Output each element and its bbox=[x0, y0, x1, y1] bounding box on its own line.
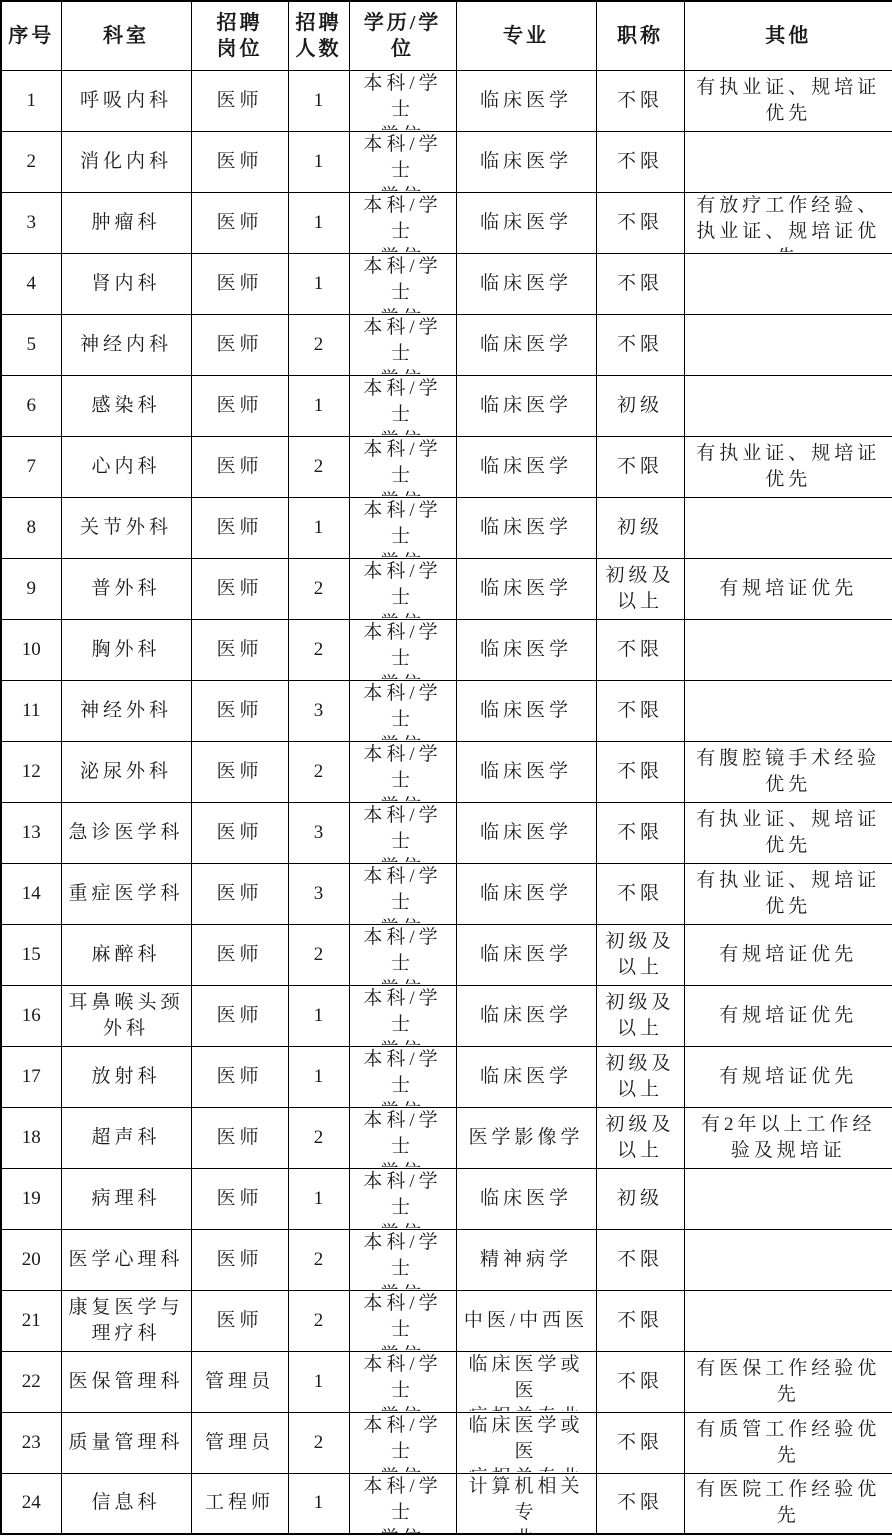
cell-title-text: 初级及 以上 bbox=[597, 559, 684, 618]
cell-department-text: 心内科 bbox=[62, 437, 191, 496]
cell-no-text: 2 bbox=[2, 132, 61, 191]
cell-position-text: 医师 bbox=[192, 1291, 288, 1350]
column-header-title: 职称 bbox=[596, 1, 684, 70]
cell-count-text: 1 bbox=[289, 71, 349, 130]
cell-major-text: 临床医学 bbox=[457, 1047, 596, 1106]
cell-no-text: 12 bbox=[2, 742, 61, 801]
cell-education: 本科/学士 学位 bbox=[349, 70, 456, 131]
cell-no: 1 bbox=[1, 70, 61, 131]
cell-major-text: 临床医学 bbox=[457, 803, 596, 862]
cell-other-text: 有放疗工作经验、 执业证、规培证优 先 bbox=[685, 193, 892, 252]
cell-title: 初级 bbox=[596, 1168, 684, 1229]
cell-position-text: 医师 bbox=[192, 1047, 288, 1106]
cell-other: 有规培证优先 bbox=[684, 985, 892, 1046]
column-header-education: 学历/学位 bbox=[349, 1, 456, 70]
cell-count-text: 2 bbox=[289, 925, 349, 984]
cell-position: 医师 bbox=[191, 680, 288, 741]
cell-education: 本科/学士 学位 bbox=[349, 558, 456, 619]
cell-major: 临床医学 bbox=[456, 1168, 596, 1229]
cell-other: 有医保工作经验优 先 bbox=[684, 1351, 892, 1412]
column-header-label: 科室 bbox=[62, 2, 191, 69]
table-row: 18超声科医师2本科/学士 学位医学影像学初级及 以上有2年以上工作经 验及规培… bbox=[1, 1107, 892, 1168]
cell-title: 不限 bbox=[596, 1229, 684, 1290]
cell-education: 本科/学士 学位 bbox=[349, 1107, 456, 1168]
cell-education: 本科/学士 学位 bbox=[349, 741, 456, 802]
cell-other bbox=[684, 253, 892, 314]
table-row: 6感染科医师1本科/学士 学位临床医学初级 bbox=[1, 375, 892, 436]
table-body: 1呼吸内科医师1本科/学士 学位临床医学不限有执业证、规培证 优先2消化内科医师… bbox=[1, 70, 892, 1534]
cell-department-text: 泌尿外科 bbox=[62, 742, 191, 801]
cell-department: 消化内科 bbox=[61, 131, 191, 192]
cell-other bbox=[684, 314, 892, 375]
cell-education-text: 本科/学士 学位 bbox=[350, 1169, 456, 1228]
cell-other bbox=[684, 497, 892, 558]
cell-title-text: 不限 bbox=[597, 437, 684, 496]
table-row: 14重症医学科医师3本科/学士 学位临床医学不限有执业证、规培证 优先 bbox=[1, 863, 892, 924]
cell-department-text: 质量管理科 bbox=[62, 1413, 191, 1472]
cell-other: 有医院工作经验优 先 bbox=[684, 1473, 892, 1534]
cell-title: 不限 bbox=[596, 1412, 684, 1473]
cell-education-text: 本科/学士 学位 bbox=[350, 559, 456, 618]
cell-count-text: 1 bbox=[289, 986, 349, 1045]
cell-department-text: 关节外科 bbox=[62, 498, 191, 557]
cell-title: 不限 bbox=[596, 741, 684, 802]
cell-position: 医师 bbox=[191, 1290, 288, 1351]
cell-education-text: 本科/学士 学位 bbox=[350, 376, 456, 435]
cell-education-text: 本科/学士 学位 bbox=[350, 1413, 456, 1472]
cell-title: 不限 bbox=[596, 253, 684, 314]
cell-position: 医师 bbox=[191, 1229, 288, 1290]
table-row: 23质量管理科管理员2本科/学士 学位临床医学或医 疗相关专业不限有质管工作经验… bbox=[1, 1412, 892, 1473]
cell-department: 康复医学与 理疗科 bbox=[61, 1290, 191, 1351]
cell-department-text: 超声科 bbox=[62, 1108, 191, 1167]
cell-no: 16 bbox=[1, 985, 61, 1046]
cell-count-text: 1 bbox=[289, 193, 349, 252]
cell-major-text: 临床医学 bbox=[457, 1169, 596, 1228]
cell-count-text: 1 bbox=[289, 132, 349, 191]
cell-other: 有执业证、规培证 优先 bbox=[684, 70, 892, 131]
cell-other-text bbox=[685, 132, 892, 191]
cell-education: 本科/学士 学位 bbox=[349, 131, 456, 192]
cell-education: 本科/学士 学位 bbox=[349, 802, 456, 863]
cell-position: 医师 bbox=[191, 863, 288, 924]
cell-no-text: 14 bbox=[2, 864, 61, 923]
cell-title-text: 不限 bbox=[597, 803, 684, 862]
cell-position: 医师 bbox=[191, 314, 288, 375]
cell-count: 3 bbox=[288, 802, 349, 863]
cell-major-text: 临床医学 bbox=[457, 71, 596, 130]
cell-no-text: 20 bbox=[2, 1230, 61, 1289]
cell-no-text: 22 bbox=[2, 1352, 61, 1411]
cell-other-text bbox=[685, 376, 892, 435]
cell-title: 不限 bbox=[596, 314, 684, 375]
table-row: 11神经外科医师3本科/学士 学位临床医学不限 bbox=[1, 680, 892, 741]
cell-education-text: 本科/学士 学位 bbox=[350, 620, 456, 679]
cell-count: 1 bbox=[288, 1351, 349, 1412]
cell-count: 1 bbox=[288, 1473, 349, 1534]
cell-department: 普外科 bbox=[61, 558, 191, 619]
cell-department-text: 神经外科 bbox=[62, 681, 191, 740]
cell-position-text: 医师 bbox=[192, 437, 288, 496]
cell-education: 本科/学士 学位 bbox=[349, 1046, 456, 1107]
cell-count: 2 bbox=[288, 1229, 349, 1290]
cell-count-text: 1 bbox=[289, 376, 349, 435]
cell-education-text: 本科/学士 学位 bbox=[350, 681, 456, 740]
table-row: 2消化内科医师1本科/学士 学位临床医学不限 bbox=[1, 131, 892, 192]
cell-count-text: 1 bbox=[289, 1474, 349, 1533]
cell-title: 不限 bbox=[596, 1290, 684, 1351]
cell-count: 2 bbox=[288, 1290, 349, 1351]
cell-major: 临床医学 bbox=[456, 558, 596, 619]
table-row: 3肿瘤科医师1本科/学士 学位临床医学不限有放疗工作经验、 执业证、规培证优 先 bbox=[1, 192, 892, 253]
column-header-label: 其他 bbox=[685, 2, 892, 69]
cell-no: 13 bbox=[1, 802, 61, 863]
column-header-other: 其他 bbox=[684, 1, 892, 70]
cell-count-text: 2 bbox=[289, 1291, 349, 1350]
column-header-no: 序号 bbox=[1, 1, 61, 70]
cell-department: 急诊医学科 bbox=[61, 802, 191, 863]
cell-no: 8 bbox=[1, 497, 61, 558]
cell-other: 有放疗工作经验、 执业证、规培证优 先 bbox=[684, 192, 892, 253]
cell-department-text: 重症医学科 bbox=[62, 864, 191, 923]
cell-no-text: 17 bbox=[2, 1047, 61, 1106]
column-header-label: 学历/学位 bbox=[350, 2, 456, 69]
cell-title: 不限 bbox=[596, 131, 684, 192]
cell-title: 初级 bbox=[596, 375, 684, 436]
cell-major: 临床医学 bbox=[456, 985, 596, 1046]
cell-position-text: 医师 bbox=[192, 803, 288, 862]
column-header-major: 专业 bbox=[456, 1, 596, 70]
cell-title: 不限 bbox=[596, 70, 684, 131]
cell-education: 本科/学士 学位 bbox=[349, 192, 456, 253]
cell-count-text: 2 bbox=[289, 1413, 349, 1472]
cell-education-text: 本科/学士 学位 bbox=[350, 925, 456, 984]
cell-major: 临床医学 bbox=[456, 924, 596, 985]
cell-department: 重症医学科 bbox=[61, 863, 191, 924]
cell-major: 临床医学 bbox=[456, 436, 596, 497]
cell-no-text: 16 bbox=[2, 986, 61, 1045]
cell-position: 医师 bbox=[191, 1168, 288, 1229]
cell-no: 19 bbox=[1, 1168, 61, 1229]
table-row: 1呼吸内科医师1本科/学士 学位临床医学不限有执业证、规培证 优先 bbox=[1, 70, 892, 131]
cell-position: 医师 bbox=[191, 497, 288, 558]
cell-major: 临床医学 bbox=[456, 70, 596, 131]
cell-major: 临床医学 bbox=[456, 192, 596, 253]
cell-major-text: 中医/中西医 bbox=[457, 1291, 596, 1350]
cell-position-text: 医师 bbox=[192, 71, 288, 130]
cell-title-text: 不限 bbox=[597, 864, 684, 923]
cell-major: 中医/中西医 bbox=[456, 1290, 596, 1351]
table-row: 12泌尿外科医师2本科/学士 学位临床医学不限有腹腔镜手术经验 优先 bbox=[1, 741, 892, 802]
cell-title-text: 初级 bbox=[597, 376, 684, 435]
cell-other: 有规培证优先 bbox=[684, 924, 892, 985]
column-header-label: 序号 bbox=[2, 2, 61, 69]
cell-count-text: 2 bbox=[289, 437, 349, 496]
table-row: 16耳鼻喉头颈 外科医师1本科/学士 学位临床医学初级及 以上有规培证优先 bbox=[1, 985, 892, 1046]
cell-other-text bbox=[685, 498, 892, 557]
table-row: 10胸外科医师2本科/学士 学位临床医学不限 bbox=[1, 619, 892, 680]
cell-count-text: 2 bbox=[289, 1230, 349, 1289]
cell-other-text bbox=[685, 1230, 892, 1289]
cell-position: 医师 bbox=[191, 985, 288, 1046]
cell-major: 临床医学 bbox=[456, 1046, 596, 1107]
table-row: 5神经内科医师2本科/学士 学位临床医学不限 bbox=[1, 314, 892, 375]
cell-department-text: 放射科 bbox=[62, 1047, 191, 1106]
cell-title-text: 不限 bbox=[597, 315, 684, 374]
cell-position-text: 医师 bbox=[192, 498, 288, 557]
column-header-count: 招聘 人数 bbox=[288, 1, 349, 70]
cell-position: 医师 bbox=[191, 131, 288, 192]
cell-major-text: 医学影像学 bbox=[457, 1108, 596, 1167]
cell-title-text: 不限 bbox=[597, 132, 684, 191]
cell-department: 肾内科 bbox=[61, 253, 191, 314]
cell-education: 本科/学士 学位 bbox=[349, 985, 456, 1046]
cell-education: 本科/学士 学位 bbox=[349, 436, 456, 497]
cell-no: 15 bbox=[1, 924, 61, 985]
cell-department: 胸外科 bbox=[61, 619, 191, 680]
cell-title-text: 不限 bbox=[597, 1291, 684, 1350]
cell-no: 10 bbox=[1, 619, 61, 680]
cell-title-text: 初级 bbox=[597, 498, 684, 557]
cell-other-text: 有执业证、规培证 优先 bbox=[685, 803, 892, 862]
column-header-label: 职称 bbox=[597, 2, 684, 69]
cell-department-text: 医保管理科 bbox=[62, 1352, 191, 1411]
cell-title: 初级及 以上 bbox=[596, 924, 684, 985]
cell-education: 本科/学士 学位 bbox=[349, 253, 456, 314]
cell-education: 本科/学士 学位 bbox=[349, 680, 456, 741]
cell-position-text: 医师 bbox=[192, 681, 288, 740]
cell-other-text: 有规培证优先 bbox=[685, 1047, 892, 1106]
cell-department: 关节外科 bbox=[61, 497, 191, 558]
cell-department-text: 消化内科 bbox=[62, 132, 191, 191]
cell-major: 临床医学或医 疗相关专业 bbox=[456, 1412, 596, 1473]
cell-other-text: 有规培证优先 bbox=[685, 986, 892, 1045]
cell-department-text: 普外科 bbox=[62, 559, 191, 618]
cell-major-text: 临床医学 bbox=[457, 437, 596, 496]
column-header-label: 招聘 人数 bbox=[289, 2, 349, 69]
cell-other-text: 有执业证、规培证 优先 bbox=[685, 71, 892, 130]
cell-count: 2 bbox=[288, 558, 349, 619]
cell-major-text: 临床医学 bbox=[457, 498, 596, 557]
cell-no-text: 19 bbox=[2, 1169, 61, 1228]
cell-count: 1 bbox=[288, 985, 349, 1046]
cell-title: 初级 bbox=[596, 497, 684, 558]
cell-education: 本科/学士 学位 bbox=[349, 924, 456, 985]
cell-position: 医师 bbox=[191, 802, 288, 863]
cell-department-text: 信息科 bbox=[62, 1474, 191, 1533]
cell-department: 病理科 bbox=[61, 1168, 191, 1229]
cell-education-text: 本科/学士 学位 bbox=[350, 1474, 456, 1533]
cell-education: 本科/学士 学位 bbox=[349, 1473, 456, 1534]
cell-count: 1 bbox=[288, 70, 349, 131]
cell-department: 信息科 bbox=[61, 1473, 191, 1534]
table-row: 17放射科医师1本科/学士 学位临床医学初级及 以上有规培证优先 bbox=[1, 1046, 892, 1107]
cell-count-text: 3 bbox=[289, 803, 349, 862]
cell-department-text: 麻醉科 bbox=[62, 925, 191, 984]
cell-count: 2 bbox=[288, 1107, 349, 1168]
cell-position: 医师 bbox=[191, 192, 288, 253]
cell-position: 医师 bbox=[191, 253, 288, 314]
cell-other bbox=[684, 1229, 892, 1290]
table-header: 序号科室招聘 岗位招聘 人数学历/学位专业职称其他 bbox=[1, 1, 892, 70]
cell-major: 临床医学 bbox=[456, 314, 596, 375]
cell-title-text: 不限 bbox=[597, 1413, 684, 1472]
cell-count: 3 bbox=[288, 863, 349, 924]
cell-major: 精神病学 bbox=[456, 1229, 596, 1290]
cell-no: 6 bbox=[1, 375, 61, 436]
cell-major: 临床医学 bbox=[456, 802, 596, 863]
cell-no-text: 21 bbox=[2, 1291, 61, 1350]
cell-title-text: 不限 bbox=[597, 71, 684, 130]
cell-position: 医师 bbox=[191, 1107, 288, 1168]
cell-count: 1 bbox=[288, 131, 349, 192]
cell-major-text: 临床医学 bbox=[457, 986, 596, 1045]
cell-education: 本科/学士 学位 bbox=[349, 863, 456, 924]
cell-other-text: 有执业证、规培证 优先 bbox=[685, 864, 892, 923]
cell-title: 不限 bbox=[596, 680, 684, 741]
cell-no: 11 bbox=[1, 680, 61, 741]
cell-major: 医学影像学 bbox=[456, 1107, 596, 1168]
cell-no-text: 7 bbox=[2, 437, 61, 496]
column-header-position: 招聘 岗位 bbox=[191, 1, 288, 70]
cell-education-text: 本科/学士 学位 bbox=[350, 498, 456, 557]
cell-other bbox=[684, 375, 892, 436]
column-header-label: 招聘 岗位 bbox=[192, 2, 288, 69]
cell-title-text: 初级及 以上 bbox=[597, 1047, 684, 1106]
cell-department-text: 康复医学与 理疗科 bbox=[62, 1291, 191, 1350]
cell-other-text: 有医院工作经验优 先 bbox=[685, 1474, 892, 1533]
table-row: 9普外科医师2本科/学士 学位临床医学初级及 以上有规培证优先 bbox=[1, 558, 892, 619]
cell-department-text: 医学心理科 bbox=[62, 1230, 191, 1289]
cell-department: 泌尿外科 bbox=[61, 741, 191, 802]
cell-major-text: 临床医学 bbox=[457, 376, 596, 435]
cell-position-text: 医师 bbox=[192, 193, 288, 252]
cell-major-text: 临床医学 bbox=[457, 559, 596, 618]
cell-title: 不限 bbox=[596, 1351, 684, 1412]
cell-department-text: 呼吸内科 bbox=[62, 71, 191, 130]
cell-position-text: 医师 bbox=[192, 864, 288, 923]
cell-position: 医师 bbox=[191, 924, 288, 985]
cell-major: 临床医学 bbox=[456, 253, 596, 314]
cell-position: 医师 bbox=[191, 1046, 288, 1107]
cell-education: 本科/学士 学位 bbox=[349, 1168, 456, 1229]
cell-title-text: 不限 bbox=[597, 681, 684, 740]
cell-education-text: 本科/学士 学位 bbox=[350, 193, 456, 252]
cell-other: 有腹腔镜手术经验 优先 bbox=[684, 741, 892, 802]
cell-other: 有执业证、规培证 优先 bbox=[684, 802, 892, 863]
cell-other-text: 有2年以上工作经 验及规培证 bbox=[685, 1108, 892, 1167]
table-row: 15麻醉科医师2本科/学士 学位临床医学初级及 以上有规培证优先 bbox=[1, 924, 892, 985]
cell-title-text: 不限 bbox=[597, 254, 684, 313]
recruitment-table: 序号科室招聘 岗位招聘 人数学历/学位专业职称其他 1呼吸内科医师1本科/学士 … bbox=[0, 0, 892, 1535]
cell-other: 有2年以上工作经 验及规培证 bbox=[684, 1107, 892, 1168]
cell-title: 不限 bbox=[596, 436, 684, 497]
cell-department: 放射科 bbox=[61, 1046, 191, 1107]
cell-count-text: 1 bbox=[289, 1047, 349, 1106]
column-header-department: 科室 bbox=[61, 1, 191, 70]
cell-no: 9 bbox=[1, 558, 61, 619]
cell-no: 24 bbox=[1, 1473, 61, 1534]
cell-no-text: 8 bbox=[2, 498, 61, 557]
cell-no: 21 bbox=[1, 1290, 61, 1351]
cell-count: 1 bbox=[288, 497, 349, 558]
cell-no: 5 bbox=[1, 314, 61, 375]
cell-count: 1 bbox=[288, 253, 349, 314]
cell-major: 临床医学 bbox=[456, 497, 596, 558]
cell-position: 医师 bbox=[191, 741, 288, 802]
cell-count: 1 bbox=[288, 192, 349, 253]
cell-major-text: 临床医学 bbox=[457, 620, 596, 679]
cell-position-text: 医师 bbox=[192, 620, 288, 679]
cell-count: 2 bbox=[288, 741, 349, 802]
cell-other-text: 有质管工作经验优 先 bbox=[685, 1413, 892, 1472]
cell-major: 计算机相关专 业 bbox=[456, 1473, 596, 1534]
cell-other bbox=[684, 1290, 892, 1351]
cell-department-text: 神经内科 bbox=[62, 315, 191, 374]
cell-count: 2 bbox=[288, 924, 349, 985]
cell-education: 本科/学士 学位 bbox=[349, 1351, 456, 1412]
table-row: 21康复医学与 理疗科医师2本科/学士 学位中医/中西医不限 bbox=[1, 1290, 892, 1351]
cell-education: 本科/学士 学位 bbox=[349, 314, 456, 375]
cell-count-text: 2 bbox=[289, 315, 349, 374]
cell-title: 初级及 以上 bbox=[596, 985, 684, 1046]
cell-no: 7 bbox=[1, 436, 61, 497]
cell-title-text: 初级及 以上 bbox=[597, 986, 684, 1045]
cell-other: 有执业证、规培证 优先 bbox=[684, 863, 892, 924]
cell-no-text: 11 bbox=[2, 681, 61, 740]
cell-no-text: 24 bbox=[2, 1474, 61, 1533]
cell-title-text: 不限 bbox=[597, 193, 684, 252]
cell-other-text bbox=[685, 620, 892, 679]
cell-department-text: 肾内科 bbox=[62, 254, 191, 313]
cell-department: 感染科 bbox=[61, 375, 191, 436]
cell-position-text: 医师 bbox=[192, 1108, 288, 1167]
cell-other: 有执业证、规培证 优先 bbox=[684, 436, 892, 497]
cell-education-text: 本科/学士 学位 bbox=[350, 437, 456, 496]
cell-count-text: 1 bbox=[289, 1352, 349, 1411]
cell-no-text: 5 bbox=[2, 315, 61, 374]
cell-no-text: 3 bbox=[2, 193, 61, 252]
cell-education-text: 本科/学士 学位 bbox=[350, 254, 456, 313]
cell-education-text: 本科/学士 学位 bbox=[350, 1230, 456, 1289]
cell-no: 22 bbox=[1, 1351, 61, 1412]
cell-position-text: 工程师 bbox=[192, 1474, 288, 1533]
cell-department-text: 感染科 bbox=[62, 376, 191, 435]
cell-major: 临床医学 bbox=[456, 680, 596, 741]
cell-education: 本科/学士 学位 bbox=[349, 497, 456, 558]
cell-major: 临床医学 bbox=[456, 741, 596, 802]
cell-count: 3 bbox=[288, 680, 349, 741]
cell-other-text: 有执业证、规培证 优先 bbox=[685, 437, 892, 496]
cell-title: 不限 bbox=[596, 863, 684, 924]
cell-count-text: 2 bbox=[289, 559, 349, 618]
cell-department: 神经外科 bbox=[61, 680, 191, 741]
cell-title-text: 初级及 以上 bbox=[597, 1108, 684, 1167]
cell-other-text: 有规培证优先 bbox=[685, 925, 892, 984]
cell-no-text: 18 bbox=[2, 1108, 61, 1167]
cell-title: 不限 bbox=[596, 192, 684, 253]
cell-education-text: 本科/学士 学位 bbox=[350, 315, 456, 374]
cell-major-text: 临床医学 bbox=[457, 132, 596, 191]
cell-other-text: 有规培证优先 bbox=[685, 559, 892, 618]
cell-education: 本科/学士 学位 bbox=[349, 1290, 456, 1351]
table-row: 24信息科工程师1本科/学士 学位计算机相关专 业不限有医院工作经验优 先 bbox=[1, 1473, 892, 1534]
cell-department-text: 胸外科 bbox=[62, 620, 191, 679]
cell-title-text: 不限 bbox=[597, 1474, 684, 1533]
cell-department: 呼吸内科 bbox=[61, 70, 191, 131]
cell-major-text: 临床医学或医 疗相关专业 bbox=[457, 1413, 596, 1472]
cell-major-text: 临床医学 bbox=[457, 254, 596, 313]
